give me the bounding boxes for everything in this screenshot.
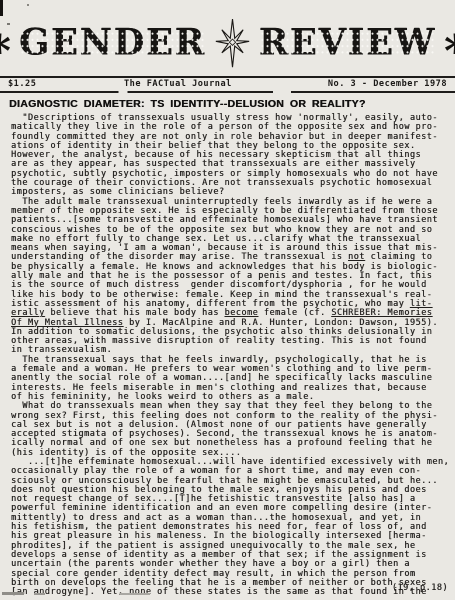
issue-date-label: No. 3 - December 1978 bbox=[328, 79, 447, 89]
article-paragraph: The transsexual says that he feels inwar… bbox=[11, 356, 449, 402]
price-label: $1.25 bbox=[8, 79, 108, 89]
article-body: "Descriptions of transsexuals usually st… bbox=[0, 114, 455, 597]
article-paragraph: ...[t]he effeminate homosexual...will ha… bbox=[11, 458, 449, 597]
scan-artifact bbox=[27, 4, 29, 6]
starburst-icon bbox=[214, 18, 251, 72]
asterisk-icon: * bbox=[444, 42, 455, 62]
article-headline: DIAGNOSTIC DIAMETER: TS IDENTITY--DELUSI… bbox=[0, 98, 455, 110]
scanned-page: * GENDER REVIEW * $1.25 The FACTual Jour… bbox=[0, 0, 455, 600]
info-bar: $1.25 The FACTual Journal No. 3 - Decemb… bbox=[0, 76, 455, 91]
asterisk-icon: * bbox=[0, 42, 11, 62]
masthead-title-left: GENDER bbox=[19, 22, 206, 64]
article-paragraph: The adult male transsexual uninterrupted… bbox=[11, 198, 449, 356]
masthead-title-right: REVIEW bbox=[259, 22, 436, 64]
citation-reference: (19, p.18) bbox=[392, 583, 448, 593]
masthead: * GENDER REVIEW * bbox=[0, 0, 455, 70]
scan-artifact bbox=[34, 593, 45, 595]
scan-artifact bbox=[0, 0, 3, 16]
scan-artifact bbox=[7, 23, 10, 25]
scan-artifact bbox=[120, 593, 150, 595]
article-paragraph: What do transsexuals mean when they say … bbox=[11, 402, 449, 458]
scan-artifact bbox=[2, 592, 24, 595]
journal-subtitle: The FACTual Journal bbox=[108, 79, 232, 89]
article-paragraph: "Descriptions of transsexuals usually st… bbox=[11, 114, 449, 198]
